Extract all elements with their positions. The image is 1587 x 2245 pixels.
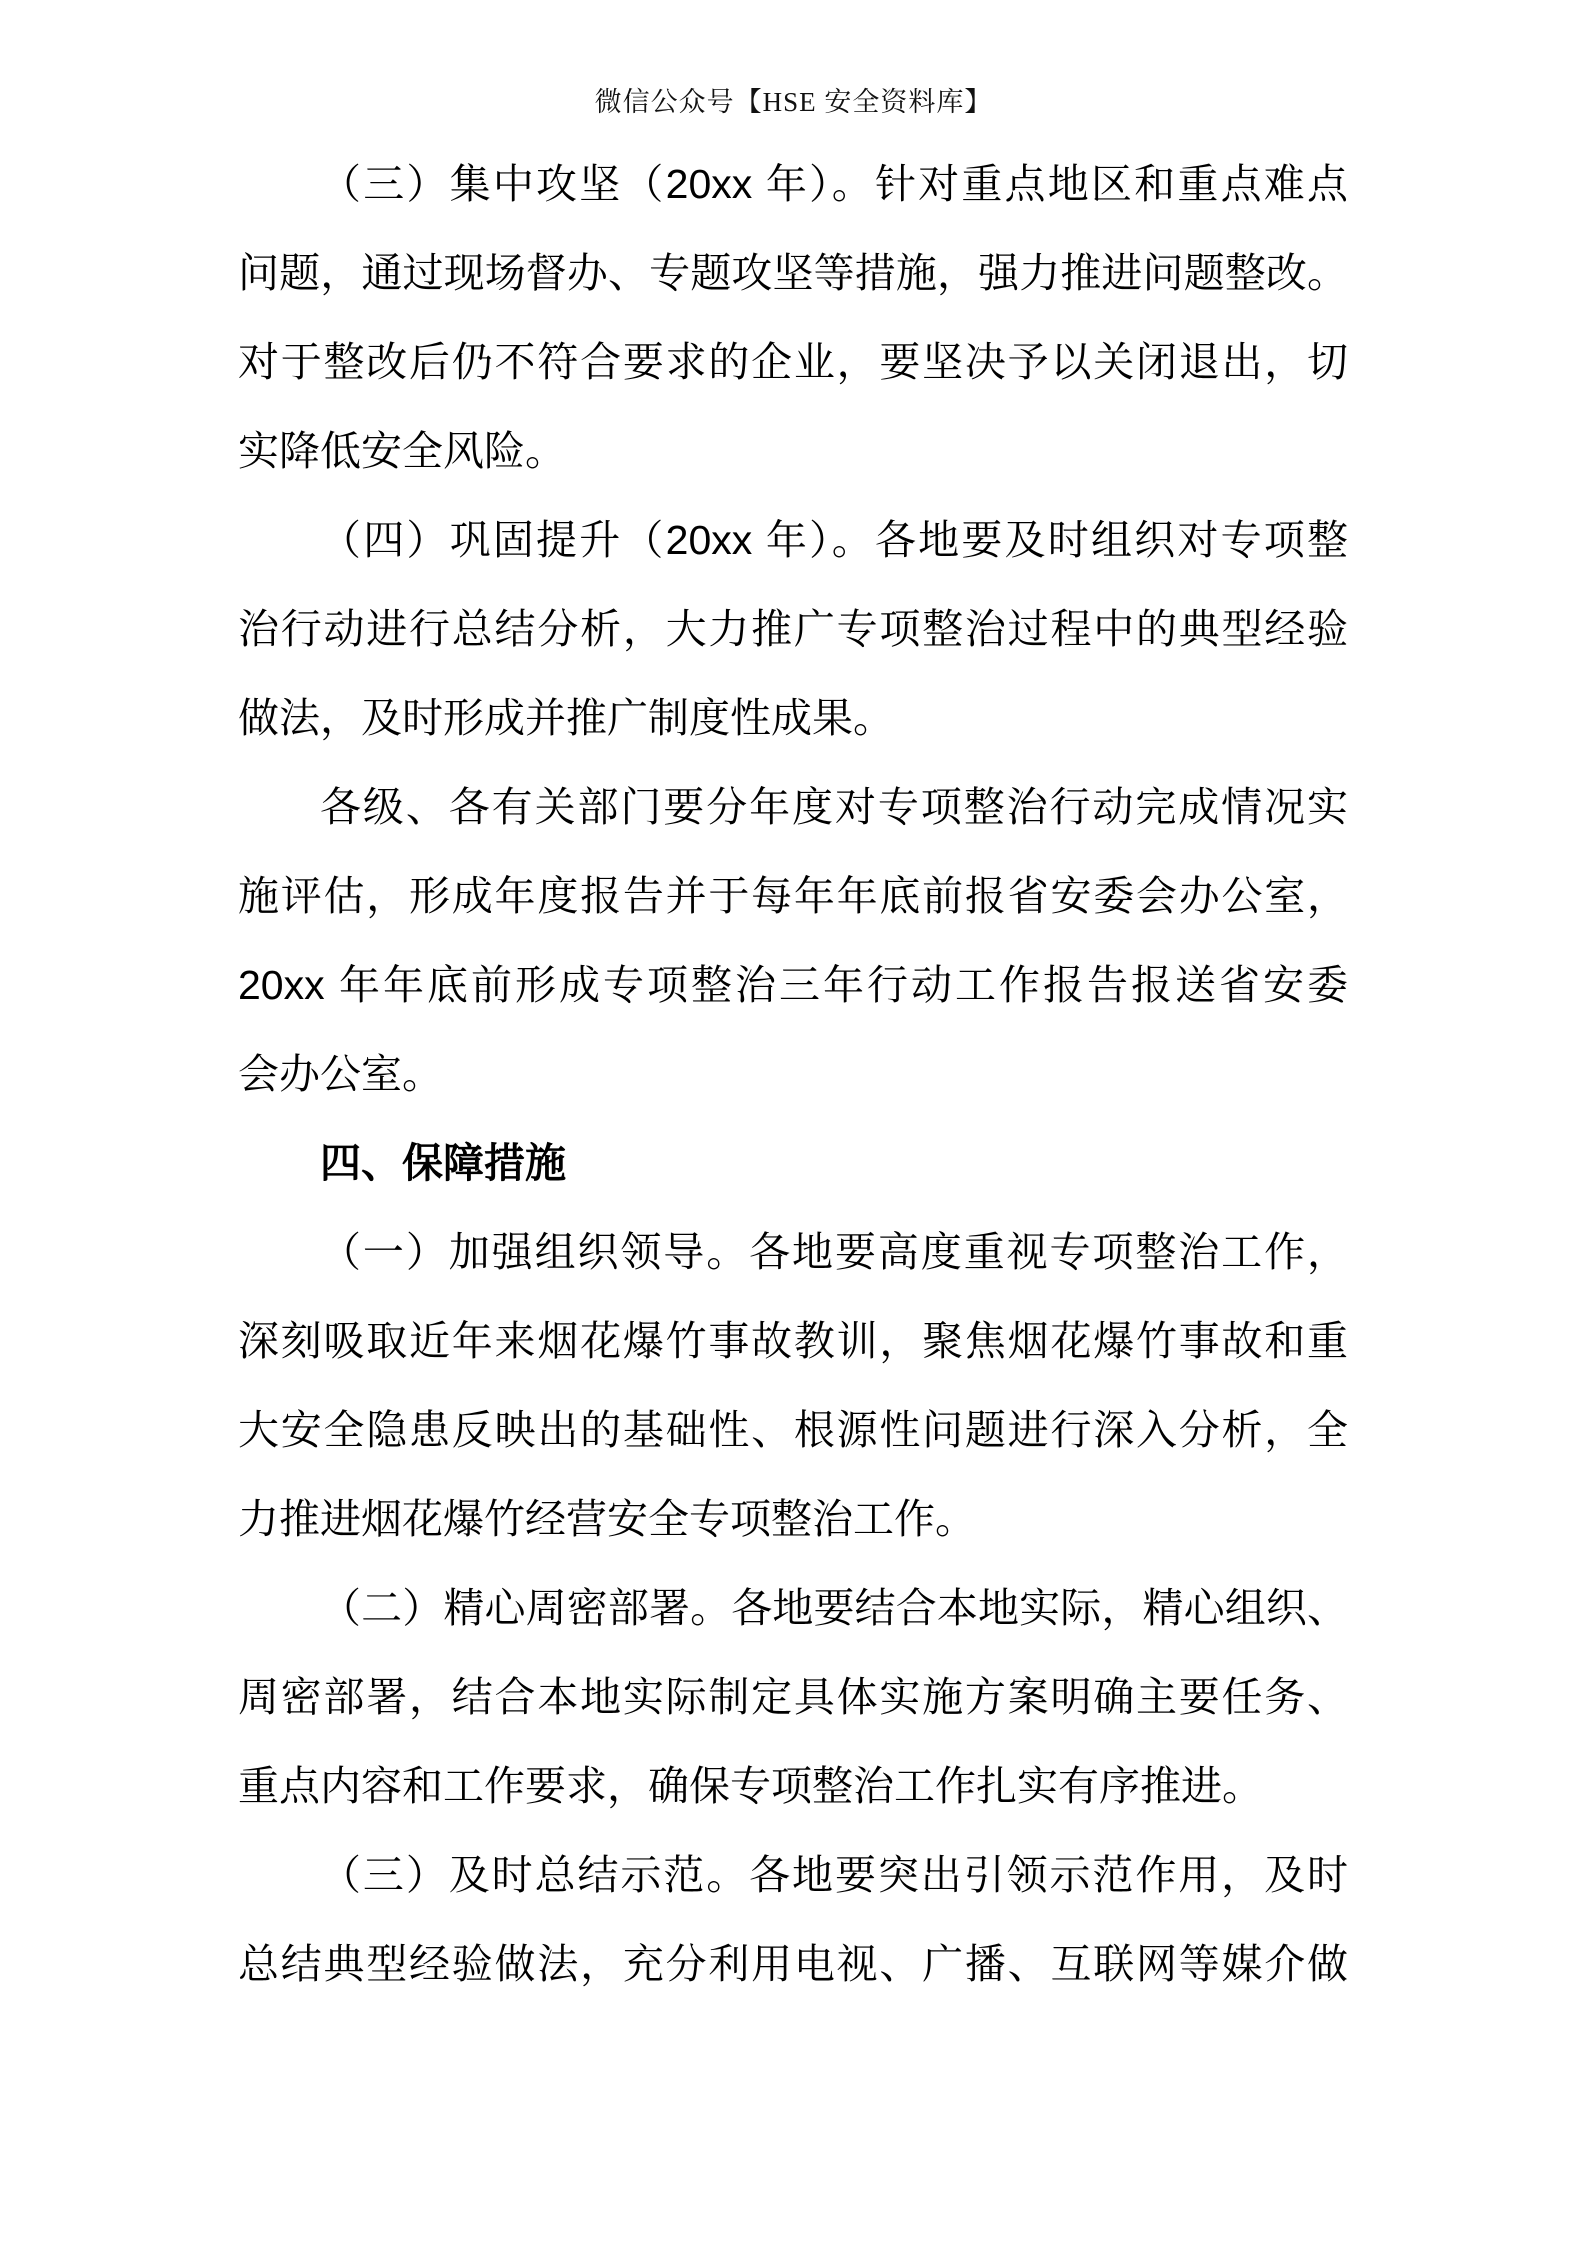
document-line: 重点内容和工作要求，确保专项整治工作扎实有序推进。 bbox=[238, 1742, 1348, 1831]
document-line: 力推进烟花爆竹经营安全专项整治工作。 bbox=[238, 1475, 1348, 1564]
document-line: 治行动进行总结分析，大力推广专项整治过程中的典型经验 bbox=[238, 585, 1348, 674]
document-line: 对于整改后仍不符合要求的企业，要坚决予以关闭退出，切 bbox=[238, 318, 1348, 407]
document-line: 总结典型经验做法，充分利用电视、广播、互联网等媒介做 bbox=[238, 1920, 1348, 2009]
document-line: （三）及时总结示范。各地要突出引领示范作用，及时 bbox=[238, 1831, 1348, 1920]
document-line: 各级、各有关部门要分年度对专项整治行动完成情况实 bbox=[238, 763, 1348, 852]
document-line: 深刻吸取近年来烟花爆竹事故教训，聚焦烟花爆竹事故和重 bbox=[238, 1297, 1348, 1386]
document-line: 周密部署，结合本地实际制定具体实施方案明确主要任务、 bbox=[238, 1653, 1348, 1742]
document-line: （三）集中攻坚（20xx 年）。针对重点地区和重点难点 bbox=[238, 140, 1348, 229]
document-line: 实降低安全风险。 bbox=[238, 407, 1348, 496]
document-body: （三）集中攻坚（20xx 年）。针对重点地区和重点难点问题，通过现场督办、专题攻… bbox=[238, 140, 1348, 2009]
document-line: 大安全隐患反映出的基础性、根源性问题进行深入分析，全 bbox=[238, 1386, 1348, 1475]
document-line: （一）加强组织领导。各地要高度重视专项整治工作， bbox=[238, 1208, 1348, 1297]
document-line: 施评估，形成年度报告并于每年年底前报省安委会办公室， bbox=[238, 852, 1348, 941]
page-header-watermark: 微信公众号【HSE 安全资料库】 bbox=[0, 80, 1587, 119]
document-line: 做法，及时形成并推广制度性成果。 bbox=[238, 674, 1348, 763]
document-line: （二）精心周密部署。各地要结合本地实际，精心组织、 bbox=[238, 1564, 1348, 1653]
document-line: 问题，通过现场督办、专题攻坚等措施，强力推进问题整改。 bbox=[238, 229, 1348, 318]
document-heading-line: 四、保障措施 bbox=[238, 1119, 1348, 1208]
document-line: （四）巩固提升（20xx 年）。各地要及时组织对专项整 bbox=[238, 496, 1348, 585]
document-page: 微信公众号【HSE 安全资料库】 （三）集中攻坚（20xx 年）。针对重点地区和… bbox=[0, 0, 1587, 2245]
document-line: 会办公室。 bbox=[238, 1030, 1348, 1119]
document-line: 20xx 年年底前形成专项整治三年行动工作报告报送省安委 bbox=[238, 941, 1348, 1030]
